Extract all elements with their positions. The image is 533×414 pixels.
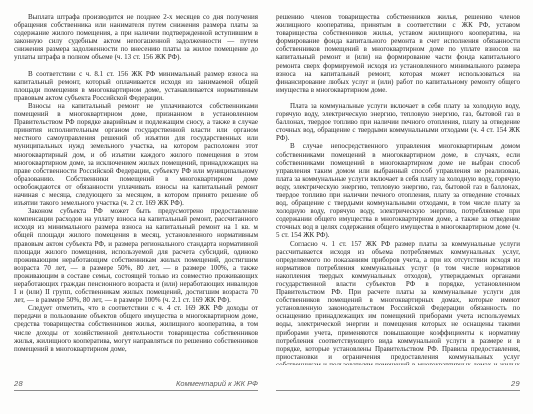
page-number: 28 (14, 379, 23, 388)
paragraph: Взносы на капитальный ремонт не уплачива… (14, 102, 258, 207)
paragraph-continuation: решению членов товарищества собственнико… (276, 13, 520, 94)
right-page-footer: 29 (276, 379, 520, 391)
paragraph: В соответствии с ч. 8.1 ст. 156 ЖК РФ ми… (14, 70, 258, 102)
text-section: решению членов товарищества собственнико… (276, 13, 520, 94)
page-number: 29 (511, 379, 520, 388)
paragraph: Законом субъекта РФ может быть предусмот… (14, 207, 258, 304)
book-spread: Выплата штрафа производится не позднее 2… (0, 0, 533, 414)
right-page-body: решению членов товарищества собственнико… (276, 13, 520, 365)
left-page-body: Выплата штрафа производится не позднее 2… (14, 13, 258, 365)
text-section: Плата за коммунальные услуги включает в … (276, 102, 520, 365)
left-page: Выплата штрафа производится не позднее 2… (14, 13, 258, 414)
paragraph: В случае непосредственного управления мн… (276, 142, 520, 239)
text-section: В соответствии с ч. 8.1 ст. 156 ЖК РФ ми… (14, 70, 258, 353)
text-section: Выплата штрафа производится не позднее 2… (14, 13, 258, 62)
paragraph: Выплата штрафа производится не позднее 2… (14, 13, 258, 62)
running-title: Комментарий к ЖК РФ (176, 379, 258, 388)
paragraph: Согласно ч. 1 ст. 157 ЖК РФ размер платы… (276, 240, 520, 365)
right-page: решению членов товарищества собственнико… (276, 13, 520, 414)
left-page-footer: 28 Комментарий к ЖК РФ (14, 379, 258, 391)
paragraph: Следует отметить, что в соответствии с ч… (14, 304, 258, 353)
paragraph: Плата за коммунальные услуги включает в … (276, 102, 520, 142)
